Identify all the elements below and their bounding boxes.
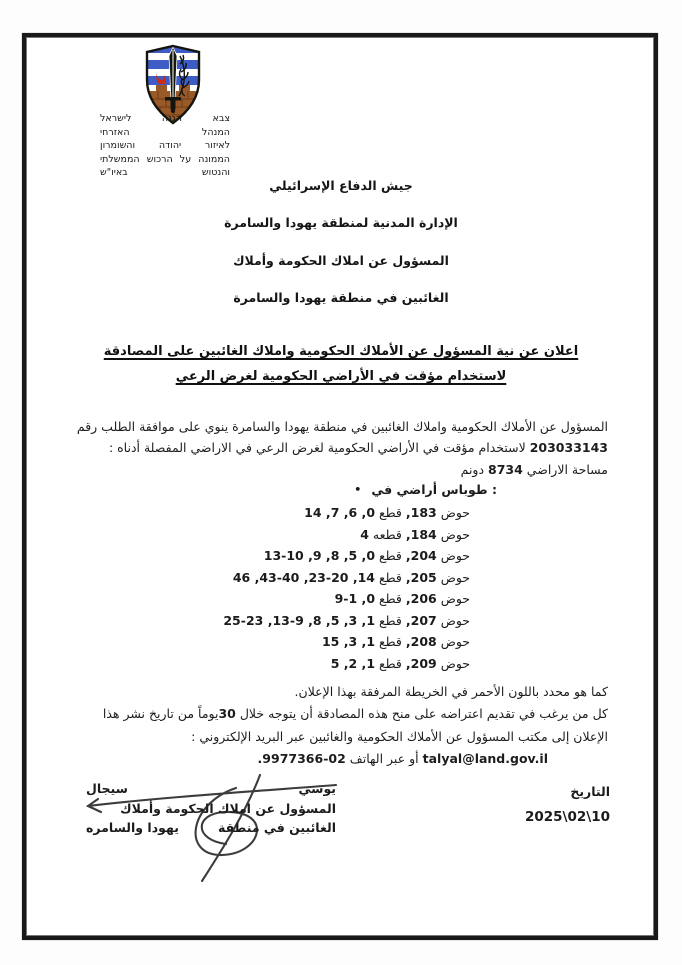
parcel-row: حوض 204, قطع 0, 5, 8, 9, 10-13 xyxy=(223,545,470,567)
org-title-army: جيش الدفاع الإسرائيلي xyxy=(60,178,622,193)
plot-numbers: 0, 1-9 xyxy=(335,591,375,606)
parcel-row: حوض 183, قطع 0, 6, 7, 14 xyxy=(223,502,470,524)
signature-block: يوسي سيجال المسؤول عن املاك الحكومة وأمل… xyxy=(86,779,336,838)
basin-number: 207, xyxy=(406,613,437,628)
basin-label: حوض xyxy=(441,527,470,542)
basin-label: حوض xyxy=(441,634,470,649)
plot-numbers: 0, 5, 8, 9, 10-13 xyxy=(264,548,375,563)
parcel-list: حوض 183, قطع 0, 6, 7, 14 حوض 184, قطعه 4… xyxy=(223,502,470,674)
parcel-row: حوض 207, قطع 1, 3, 5, 8, 9-13, 23-25 xyxy=(223,610,470,632)
objection-days: 30 xyxy=(218,706,235,721)
basin-number: 204, xyxy=(406,548,437,563)
contact-connector: أو عبر الهاتف xyxy=(350,751,419,766)
request-paragraph-line2: 203033143 لاستخدام مؤقت في الأراضي الحكو… xyxy=(109,440,608,455)
date-value: 2025\02\10 xyxy=(525,809,610,825)
basin-number: 208, xyxy=(406,634,437,649)
plot-numbers: 1, 3, 15 xyxy=(322,634,375,649)
org-title-civil-administration: الإدارة المدنية لمنطقة يهودا والسامرة xyxy=(60,215,622,230)
hebrew-header-line: המנהל האזרחי xyxy=(100,126,230,140)
parcel-row: حوض 208, قطع 1, 3, 15 xyxy=(223,631,470,653)
parcel-row: حوض 209, قطع 1, 2, 5 xyxy=(223,653,470,675)
request-paragraph-line1: المسؤول عن الأملاك الحكومية واملاك الغائ… xyxy=(77,419,608,434)
signatory-first-name: يوسي xyxy=(299,779,336,799)
contact-line: talyal@land.gov.il أو عبر الهاتف 02-9977… xyxy=(258,751,548,766)
contact-phone: 02-9977366. xyxy=(258,751,346,766)
notice-heading-text1: اعلان عن نية المسؤول عن الأملاك الحكومية… xyxy=(104,344,578,359)
notice-heading-line2: لاستخدام مؤقت في الأراضي الحكومية لغرض ا… xyxy=(40,369,642,384)
hebrew-header-block: צבא הגנה לישראל המנהל האזרחי לאיזור יהוד… xyxy=(100,112,230,180)
bullet-dot-icon: • xyxy=(354,483,361,496)
objection-line2: الإعلان إلى مكتب المسؤول عن الأملاك الحك… xyxy=(191,729,608,744)
scanned-official-notice-page: { "document": { "emblem": { "name": "idf… xyxy=(0,0,682,965)
area-line: مساحة الاراضي 8734 دونم xyxy=(461,462,608,477)
area-value: 8734 xyxy=(488,462,523,477)
area-unit: دونم xyxy=(461,462,484,477)
basin-label: حوض xyxy=(441,656,470,671)
org-title-custodian: المسؤول عن املاك الحكومة وأملاك xyxy=(60,253,622,268)
objection-line1-post: يوماً من تاريخ نشر هذا xyxy=(103,706,219,721)
locality-bullet-text: في‎ أراضي‎ طوباس‎ : xyxy=(371,482,497,497)
request-number: 203033143 xyxy=(530,440,608,455)
hebrew-header-line: הממונה על הרכוש הממשלתי xyxy=(100,153,230,167)
basin-label: حوض xyxy=(441,570,470,585)
objection-line1: كل من يرغب في تقديم اعتراضه على منح هذه … xyxy=(103,706,608,721)
objection-line1-pre: كل من يرغب في تقديم اعتراضه على منح هذه … xyxy=(240,706,608,721)
date-label: التاريخ xyxy=(570,784,610,799)
hebrew-header-line: לאיזור יהודה והשומרון xyxy=(100,139,230,153)
basin-label: حوض xyxy=(441,591,470,606)
basin-label: حوض xyxy=(441,548,470,563)
signatory-last-name: سيجال xyxy=(86,779,128,799)
plots-label: قطع xyxy=(379,505,402,520)
basin-number: 183, xyxy=(406,505,437,520)
plots-label: قطع xyxy=(379,548,402,563)
plots-label: قطع xyxy=(379,570,402,585)
org-title-absentee-property: الغائبين في منطقة يهودا والسامرة xyxy=(60,290,622,305)
area-label: مساحة الاراضي xyxy=(527,462,608,477)
map-note-line: كما هو محدد باللون الأحمر في الخريطة الم… xyxy=(295,684,608,699)
plot-numbers: 0, 6, 7, 14 xyxy=(304,505,375,520)
parcel-row: حوض 206, قطع 0, 1-9 xyxy=(223,588,470,610)
locality-bullet-line: •في‎ أراضي‎ طوباس‎ : xyxy=(354,482,497,497)
plots-label: قطع xyxy=(379,656,402,671)
plot-numbers: 1, 3, 5, 8, 9-13, 23-25 xyxy=(223,613,375,628)
request-paragraph-line2-text: لاستخدام مؤقت في الأراضي الحكومية لغرض ا… xyxy=(109,440,526,455)
basin-label: حوض xyxy=(441,505,470,520)
basin-label: حوض xyxy=(441,613,470,628)
plot-numbers: 4 xyxy=(360,527,369,542)
hebrew-header-line: צבא הגנה לישראל xyxy=(100,112,230,126)
basin-number: 205, xyxy=(406,570,437,585)
plots-label: قطع xyxy=(379,613,402,628)
parcel-row: حوض 205, قطع 14, 20-23, 40-43, 46 xyxy=(223,567,470,589)
signatory-role-line2-left: يهودا والسامره xyxy=(86,818,179,838)
parcel-row: حوض 184, قطعه 4 xyxy=(223,524,470,546)
notice-heading-text2: لاستخدام مؤقت في الأراضي الحكومية لغرض ا… xyxy=(176,369,507,384)
plot-numbers: 1, 2, 5 xyxy=(331,656,375,671)
basin-number: 206, xyxy=(406,591,437,606)
contact-email: talyal@land.gov.il xyxy=(423,751,548,766)
basin-number: 209, xyxy=(406,656,437,671)
plot-numbers: 14, 20-23, 40-43, 46 xyxy=(233,570,375,585)
signatory-role-line2-right: الغائبين في منطقة xyxy=(218,818,336,838)
signatory-name-line: يوسي سيجال xyxy=(86,779,336,799)
plots-label: قطع xyxy=(379,634,402,649)
signatory-role-line1: المسؤول عن املاك الحكومة وأملاك xyxy=(86,799,336,819)
basin-number: 184, xyxy=(406,527,437,542)
plots-label: قطعه xyxy=(373,527,402,542)
notice-heading-line1: اعلان عن نية المسؤول عن الأملاك الحكومية… xyxy=(40,344,642,359)
plots-label: قطع xyxy=(379,591,402,606)
signatory-role-line2: الغائبين في منطقة يهودا والسامره xyxy=(86,818,336,838)
